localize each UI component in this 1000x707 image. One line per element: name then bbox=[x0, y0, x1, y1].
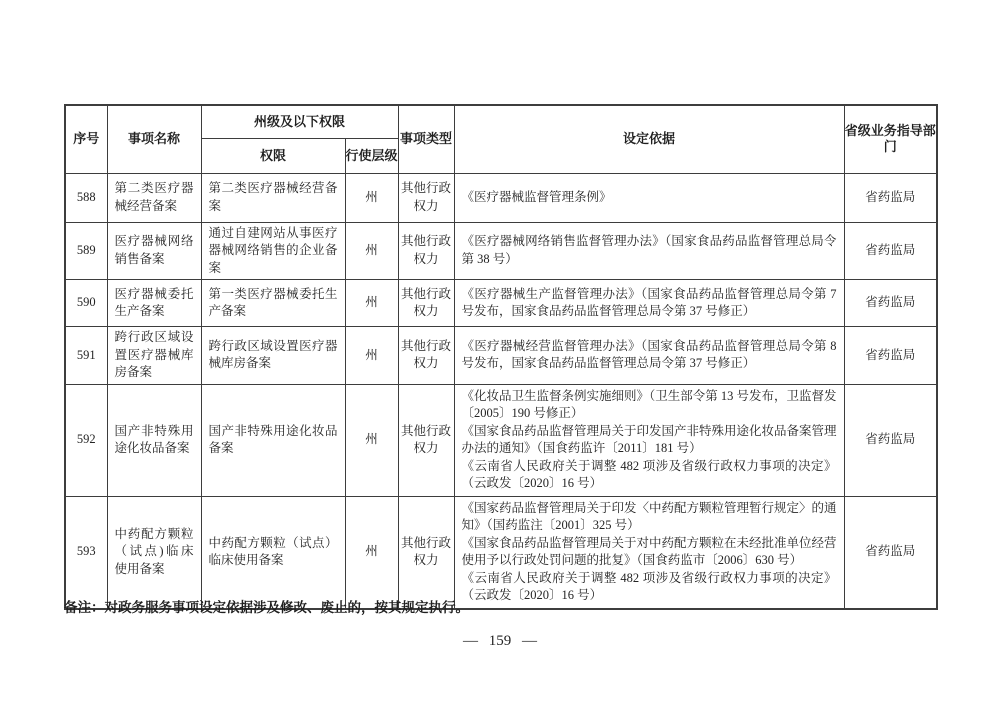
cell-authority: 中药配方颗粒（试点）临床使用备案 bbox=[201, 496, 345, 609]
table-row: 590 医疗器械委托生产备案 第一类医疗器械委托生产备案 州 其他行政权力 《医… bbox=[65, 280, 937, 327]
cell-basis: 《国家药品监督管理局关于印发〈中药配方颗粒管理暂行规定〉的通知》（国药监注〔20… bbox=[454, 496, 844, 609]
cell-serial: 592 bbox=[65, 384, 107, 496]
cell-exercise-level: 州 bbox=[345, 173, 398, 222]
cell-item-name: 中药配方颗粒（试点)临床使用备案 bbox=[107, 496, 201, 609]
header-exercise-level: 行使层级 bbox=[345, 138, 398, 173]
cell-item-name: 国产非特殊用途化妆品备案 bbox=[107, 384, 201, 496]
table-body: 588 第二类医疗器械经营备案 第二类医疗器械经营备案 州 其他行政权力 《医疗… bbox=[65, 173, 937, 609]
cell-item-name: 跨行政区域设置医疗器械库房备案 bbox=[107, 327, 201, 385]
cell-exercise-level: 州 bbox=[345, 384, 398, 496]
cell-item-name: 第二类医疗器械经营备案 bbox=[107, 173, 201, 222]
cell-item-type: 其他行政权力 bbox=[398, 173, 454, 222]
header-basis: 设定依据 bbox=[454, 105, 844, 173]
cell-item-name: 医疗器械网络销售备案 bbox=[107, 222, 201, 280]
basis-clause: 《化妆品卫生监督条例实施细则》（卫生部令第 13 号发布，卫监督发〔2005〕1… bbox=[462, 388, 837, 423]
header-item-type: 事项类型 bbox=[398, 105, 454, 173]
cell-basis: 《医疗器械经营监督管理办法》（国家食品药品监督管理总局令第 8 号发布，国家食品… bbox=[454, 327, 844, 385]
basis-clause: 《医疗器械经营监督管理办法》（国家食品药品监督管理总局令第 8 号发布，国家食品… bbox=[462, 338, 837, 373]
header-serial: 序号 bbox=[65, 105, 107, 173]
cell-basis: 《化妆品卫生监督条例实施细则》（卫生部令第 13 号发布，卫监督发〔2005〕1… bbox=[454, 384, 844, 496]
table-header: 序号 事项名称 州级及以下权限 事项类型 设定依据 省级业务指导部门 权限 行使… bbox=[65, 105, 937, 173]
table-row: 591 跨行政区域设置医疗器械库房备案 跨行政区域设置医疗器械库房备案 州 其他… bbox=[65, 327, 937, 385]
cell-serial: 588 bbox=[65, 173, 107, 222]
cell-exercise-level: 州 bbox=[345, 496, 398, 609]
cell-guidance-dept: 省药监局 bbox=[844, 280, 937, 327]
cell-item-type: 其他行政权力 bbox=[398, 327, 454, 385]
cell-authority: 跨行政区域设置医疗器械库房备案 bbox=[201, 327, 345, 385]
cell-serial: 590 bbox=[65, 280, 107, 327]
header-item-name: 事项名称 bbox=[107, 105, 201, 173]
cell-exercise-level: 州 bbox=[345, 327, 398, 385]
note-text: 备注：对政务服务事项设定依据涉及修改、废止的，按其规定执行。 bbox=[64, 596, 469, 616]
cell-basis: 《医疗器械生产监督管理办法》（国家食品药品监督管理总局令第 7 号发布，国家食品… bbox=[454, 280, 844, 327]
cell-item-type: 其他行政权力 bbox=[398, 222, 454, 280]
cell-guidance-dept: 省药监局 bbox=[844, 222, 937, 280]
basis-clause: 《医疗器械生产监督管理办法》（国家食品药品监督管理总局令第 7 号发布，国家食品… bbox=[462, 286, 837, 321]
basis-clause: 《云南省人民政府关于调整 482 项涉及省级行政权力事项的决定》（云政发〔202… bbox=[462, 570, 837, 605]
cell-guidance-dept: 省药监局 bbox=[844, 496, 937, 609]
basis-clause: 《医疗器械网络销售监督管理办法》（国家食品药品监督管理总局令第 38 号） bbox=[462, 233, 837, 268]
cell-serial: 589 bbox=[65, 222, 107, 280]
cell-item-type: 其他行政权力 bbox=[398, 280, 454, 327]
document-page: 序号 事项名称 州级及以下权限 事项类型 设定依据 省级业务指导部门 权限 行使… bbox=[0, 0, 1000, 707]
table-row: 589 医疗器械网络销售备案 通过自建网站从事医疗器械网络销售的企业备案 州 其… bbox=[65, 222, 937, 280]
cell-item-type: 其他行政权力 bbox=[398, 496, 454, 609]
matters-table: 序号 事项名称 州级及以下权限 事项类型 设定依据 省级业务指导部门 权限 行使… bbox=[64, 104, 938, 610]
cell-authority: 第一类医疗器械委托生产备案 bbox=[201, 280, 345, 327]
header-authority: 权限 bbox=[201, 138, 345, 173]
table-row: 588 第二类医疗器械经营备案 第二类医疗器械经营备案 州 其他行政权力 《医疗… bbox=[65, 173, 937, 222]
cell-item-name: 医疗器械委托生产备案 bbox=[107, 280, 201, 327]
cell-guidance-dept: 省药监局 bbox=[844, 384, 937, 496]
cell-guidance-dept: 省药监局 bbox=[844, 327, 937, 385]
cell-item-type: 其他行政权力 bbox=[398, 384, 454, 496]
header-group-authority: 州级及以下权限 bbox=[201, 105, 398, 138]
basis-clause: 《国家食品药品监督管理局关于对中药配方颗粒在未经批准单位经营使用予以行政处罚问题… bbox=[462, 535, 837, 570]
cell-authority: 第二类医疗器械经营备案 bbox=[201, 173, 345, 222]
cell-exercise-level: 州 bbox=[345, 280, 398, 327]
basis-clause: 《国家食品药品监督管理局关于印发国产非特殊用途化妆品备案管理办法的通知》（国食药… bbox=[462, 423, 837, 458]
header-guidance-dept: 省级业务指导部门 bbox=[844, 105, 937, 173]
basis-clause: 《医疗器械监督管理条例》 bbox=[462, 189, 837, 207]
table-row: 593 中药配方颗粒（试点)临床使用备案 中药配方颗粒（试点）临床使用备案 州 … bbox=[65, 496, 937, 609]
cell-basis: 《医疗器械网络销售监督管理办法》（国家食品药品监督管理总局令第 38 号） bbox=[454, 222, 844, 280]
basis-clause: 《国家药品监督管理局关于印发〈中药配方颗粒管理暂行规定〉的通知》（国药监注〔20… bbox=[462, 500, 837, 535]
cell-guidance-dept: 省药监局 bbox=[844, 173, 937, 222]
cell-authority: 国产非特殊用途化妆品备案 bbox=[201, 384, 345, 496]
cell-exercise-level: 州 bbox=[345, 222, 398, 280]
cell-basis: 《医疗器械监督管理条例》 bbox=[454, 173, 844, 222]
table-row: 592 国产非特殊用途化妆品备案 国产非特殊用途化妆品备案 州 其他行政权力 《… bbox=[65, 384, 937, 496]
cell-serial: 591 bbox=[65, 327, 107, 385]
cell-serial: 593 bbox=[65, 496, 107, 609]
page-number: — 159 — bbox=[0, 633, 1000, 650]
cell-authority: 通过自建网站从事医疗器械网络销售的企业备案 bbox=[201, 222, 345, 280]
basis-clause: 《云南省人民政府关于调整 482 项涉及省级行政权力事项的决定》（云政发〔202… bbox=[462, 458, 837, 493]
